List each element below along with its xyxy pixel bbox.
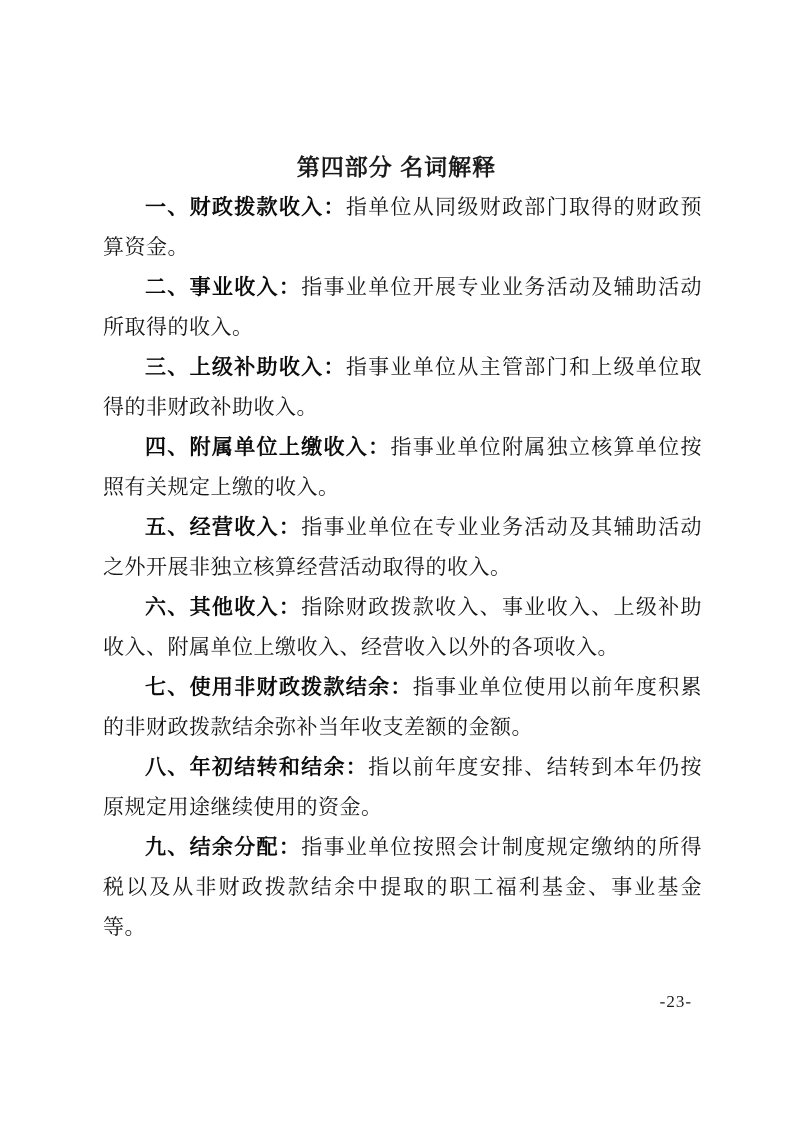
term-label: 七、使用非财政拨款结余： bbox=[145, 675, 413, 699]
term-label: 五、经营收入： bbox=[145, 515, 301, 539]
definition-item: 四、附属单位上缴收入：指事业单位附属独立核算单位按照有关规定上缴的收入。 bbox=[103, 427, 702, 507]
definition-item: 六、其他收入：指除财政拨款收入、事业收入、上级补助收入、附属单位上缴收入、经营收… bbox=[103, 587, 702, 667]
definition-item: 二、事业收入：指事业单位开展专业业务活动及辅助活动所取得的收入。 bbox=[103, 267, 702, 347]
definition-list: 一、财政拨款收入：指单位从同级财政部门取得的财政预算资金。 二、事业收入：指事业… bbox=[103, 187, 702, 947]
term-label: 一、财政拨款收入： bbox=[145, 195, 346, 219]
page-title: 第四部分 名词解释 bbox=[0, 147, 793, 187]
definition-item: 一、财政拨款收入：指单位从同级财政部门取得的财政预算资金。 bbox=[103, 187, 702, 267]
definition-item: 七、使用非财政拨款结余：指事业单位使用以前年度积累的非财政拨款结余弥补当年收支差… bbox=[103, 667, 702, 747]
definition-item: 八、年初结转和结余：指以前年度安排、结转到本年仍按原规定用途继续使用的资金。 bbox=[103, 747, 702, 827]
term-label: 六、其他收入： bbox=[145, 595, 301, 619]
definition-item: 三、上级补助收入：指事业单位从主管部门和上级单位取得的非财政补助收入。 bbox=[103, 347, 702, 427]
term-label: 二、事业收入： bbox=[145, 275, 301, 299]
definition-item: 五、经营收入：指事业单位在专业业务活动及其辅助活动之外开展非独立核算经营活动取得… bbox=[103, 507, 702, 587]
page-number: -23- bbox=[660, 991, 692, 1013]
term-label: 四、附属单位上缴收入： bbox=[145, 435, 390, 459]
document-page: 第四部分 名词解释 一、财政拨款收入：指单位从同级财政部门取得的财政预算资金。 … bbox=[0, 0, 793, 1122]
term-label: 九、结余分配： bbox=[145, 835, 301, 859]
term-label: 八、年初结转和结余： bbox=[145, 755, 368, 779]
term-label: 三、上级补助收入： bbox=[145, 355, 346, 379]
definition-item: 九、结余分配：指事业单位按照会计制度规定缴纳的所得税以及从非财政拨款结余中提取的… bbox=[103, 827, 702, 947]
